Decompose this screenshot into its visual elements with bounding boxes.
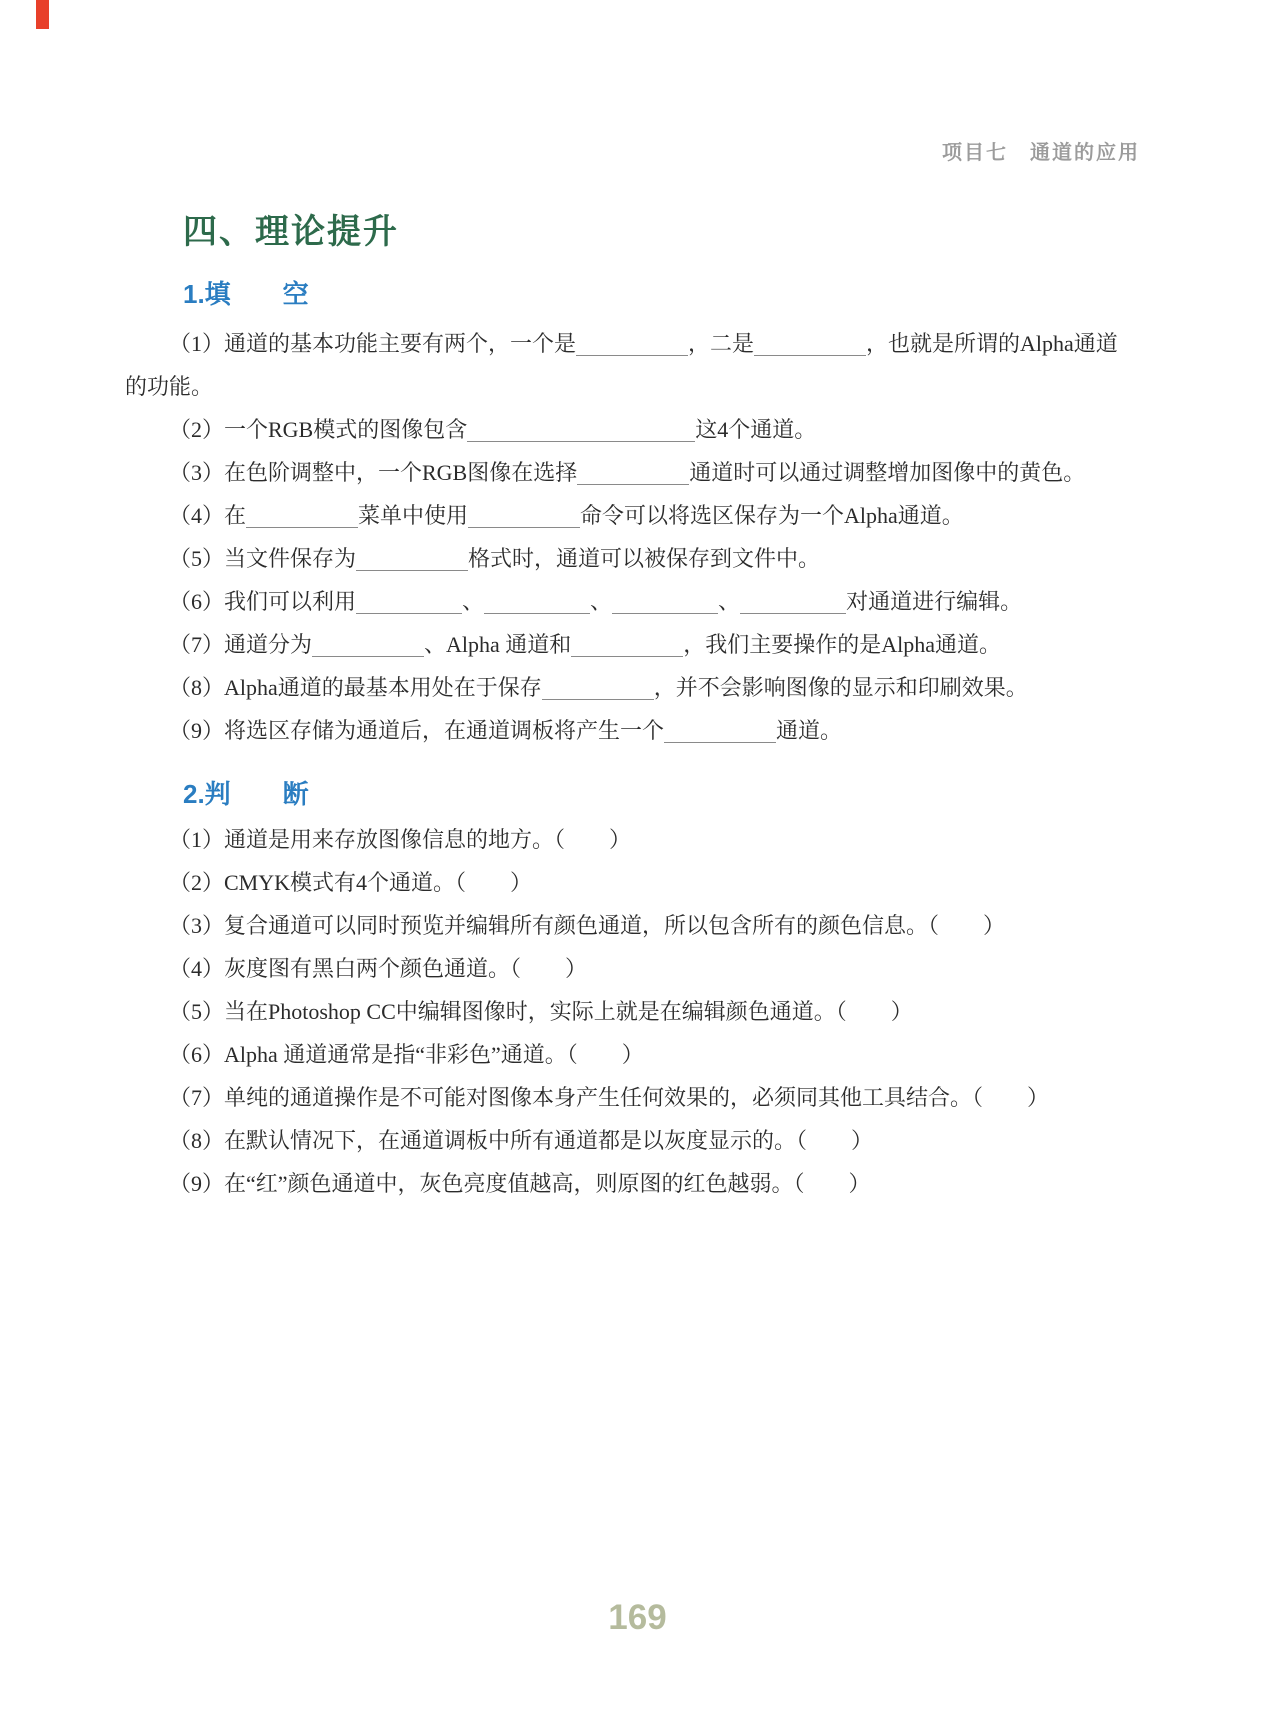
question-text: 的功能。	[125, 374, 213, 399]
question-text: 、	[462, 589, 484, 614]
fill-blank-line	[246, 503, 358, 528]
question-text: （5）当文件保存为	[169, 546, 356, 571]
fill-blank-line	[312, 632, 424, 657]
question-text: （9）在“红”颜色通道中，灰色亮度值越高，则原图的红色越弱。（ ）	[169, 1171, 871, 1196]
question-text: （4）在	[169, 503, 246, 528]
question-text: 对通道进行编辑。	[846, 589, 1022, 614]
judge-question-line: （4）灰度图有黑白两个颜色通道。（ ）	[125, 947, 1160, 990]
judge-question-line: （3）复合通道可以同时预览并编辑所有颜色通道，所以包含所有的颜色信息。（ ）	[125, 904, 1160, 947]
fill-blank-line	[542, 675, 654, 700]
fill-question-line: （4）在菜单中使用命令可以将选区保存为一个Alpha通道。	[125, 494, 1160, 537]
corner-red-mark	[36, 0, 49, 29]
question-text: （6）Alpha 通道通常是指“非彩色”通道。（ ）	[169, 1042, 644, 1067]
section-heading-theory: 四、理论提升	[125, 212, 1160, 252]
judge-question-line: （8）在默认情况下，在通道调板中所有通道都是以灰度显示的。（ ）	[125, 1119, 1160, 1162]
page-number: 169	[0, 1598, 1275, 1638]
question-text: 这4个通道。	[695, 417, 816, 442]
judge-question-line: （9）在“红”颜色通道中，灰色亮度值越高，则原图的红色越弱。（ ）	[125, 1162, 1160, 1205]
question-text: （6）我们可以利用	[169, 589, 356, 614]
fill-question-line: （9）将选区存储为通道后，在通道调板将产生一个通道。	[125, 709, 1160, 752]
fill-question-line: （7）通道分为、Alpha 通道和，我们主要操作的是Alpha通道。	[125, 623, 1160, 666]
question-text: 命令可以将选区保存为一个Alpha通道。	[580, 503, 964, 528]
document-page: 项目七 通道的应用 四、理论提升 1.填 空 （1）通道的基本功能主要有两个，一…	[0, 0, 1275, 1718]
question-text: （1）通道是用来存放图像信息的地方。（ ）	[169, 827, 631, 852]
question-text: ，也就是所谓的Alpha通道	[866, 331, 1118, 356]
fill-blank-line	[356, 589, 462, 614]
fill-question-line: （3）在色阶调整中，一个RGB图像在选择通道时可以通过调整增加图像中的黄色。	[125, 451, 1160, 494]
question-text: （1）通道的基本功能主要有两个，一个是	[169, 331, 576, 356]
fill-blank-line	[467, 417, 695, 442]
judge-question-line: （1）通道是用来存放图像信息的地方。（ ）	[125, 818, 1160, 861]
question-text: （4）灰度图有黑白两个颜色通道。（ ）	[169, 956, 587, 981]
question-text: 格式时，通道可以被保存到文件中。	[468, 546, 820, 571]
judge-question-line: （6）Alpha 通道通常是指“非彩色”通道。（ ）	[125, 1033, 1160, 1076]
question-text: 菜单中使用	[358, 503, 468, 528]
fill-blank-line	[571, 632, 683, 657]
question-text: （3）复合通道可以同时预览并编辑所有颜色通道，所以包含所有的颜色信息。（ ）	[169, 913, 1005, 938]
fill-blank-line	[577, 460, 689, 485]
question-text: ，二是	[688, 331, 754, 356]
question-text: 、	[590, 589, 612, 614]
judge-question-list: （1）通道是用来存放图像信息的地方。（ ）（2）CMYK模式有4个通道。（ ）（…	[125, 818, 1160, 1205]
question-text: 通道。	[776, 718, 842, 743]
fill-blank-line	[468, 503, 580, 528]
fill-question-line: （8）Alpha通道的最基本用处在于保存，并不会影响图像的显示和印刷效果。	[125, 666, 1160, 709]
question-text: （5）当在Photoshop CC中编辑图像时，实际上就是在编辑颜色通道。（ ）	[169, 999, 913, 1024]
fill-question-line: （2）一个RGB模式的图像包含这4个通道。	[125, 408, 1160, 451]
question-text: （7）通道分为	[169, 632, 312, 657]
sub-heading-true-false: 2.判 断	[125, 778, 1160, 810]
question-text: （8）Alpha通道的最基本用处在于保存	[169, 675, 542, 700]
fill-blank-line	[356, 546, 468, 571]
fill-question-line: 的功能。	[125, 365, 1160, 408]
question-text: 通道时可以通过调整增加图像中的黄色。	[689, 460, 1085, 485]
fill-blank-line	[576, 331, 688, 356]
fill-question-list: （1）通道的基本功能主要有两个，一个是，二是，也就是所谓的Alpha通道的功能。…	[125, 322, 1160, 752]
question-text: （9）将选区存储为通道后，在通道调板将产生一个	[169, 718, 664, 743]
question-text: （3）在色阶调整中，一个RGB图像在选择	[169, 460, 577, 485]
question-text: ，并不会影响图像的显示和印刷效果。	[654, 675, 1028, 700]
judge-question-line: （5）当在Photoshop CC中编辑图像时，实际上就是在编辑颜色通道。（ ）	[125, 990, 1160, 1033]
fill-question-line: （6）我们可以利用、、、对通道进行编辑。	[125, 580, 1160, 623]
question-text: ，我们主要操作的是Alpha通道。	[683, 632, 1001, 657]
fill-blank-line	[484, 589, 590, 614]
question-text: （8）在默认情况下，在通道调板中所有通道都是以灰度显示的。（ ）	[169, 1128, 873, 1153]
judge-question-line: （2）CMYK模式有4个通道。（ ）	[125, 861, 1160, 904]
question-text: 、	[718, 589, 740, 614]
question-text: （7）单纯的通道操作是不可能对图像本身产生任何效果的，必须同其他工具结合。（ ）	[169, 1085, 1049, 1110]
fill-question-line: （1）通道的基本功能主要有两个，一个是，二是，也就是所谓的Alpha通道	[125, 322, 1160, 365]
fill-blank-line	[664, 718, 776, 743]
judge-question-line: （7）单纯的通道操作是不可能对图像本身产生任何效果的，必须同其他工具结合。（ ）	[125, 1076, 1160, 1119]
fill-question-line: （5）当文件保存为格式时，通道可以被保存到文件中。	[125, 537, 1160, 580]
fill-blank-line	[612, 589, 718, 614]
question-text: （2）一个RGB模式的图像包含	[169, 417, 467, 442]
fill-blank-line	[754, 331, 866, 356]
sub-heading-fill-in-blank: 1.填 空	[125, 278, 1160, 310]
question-text: 、Alpha 通道和	[424, 632, 571, 657]
fill-blank-line	[740, 589, 846, 614]
question-text: （2）CMYK模式有4个通道。（ ）	[169, 870, 532, 895]
page-content: 四、理论提升 1.填 空 （1）通道的基本功能主要有两个，一个是，二是，也就是所…	[125, 0, 1160, 1205]
